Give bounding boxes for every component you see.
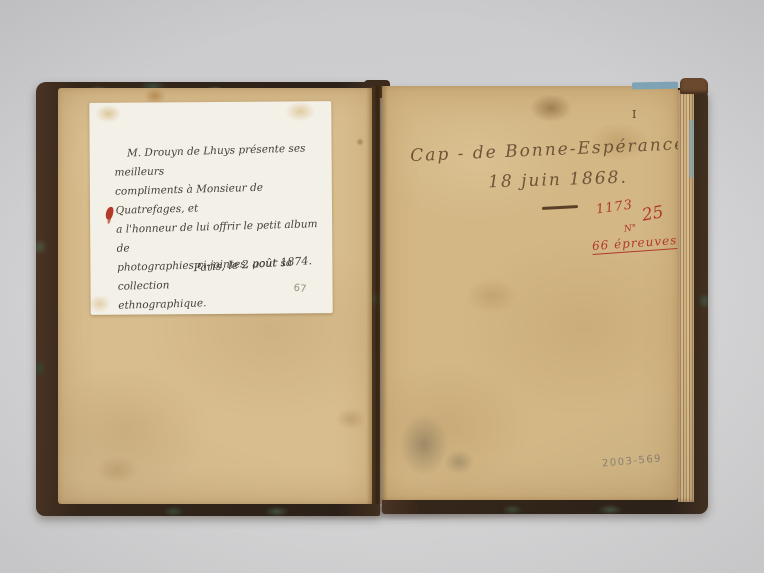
red-ink-blot <box>105 206 114 220</box>
album-book: M. Drouyn de Lhuys présente ses meilleur… <box>36 78 708 518</box>
dedication-text: M. Drouyn de Lhuys présente ses meilleur… <box>114 139 321 316</box>
foxing-stain <box>444 450 474 474</box>
foxing-stain <box>356 138 364 146</box>
card-stain <box>285 101 315 121</box>
dedication-line: compliments à Monsieur de Quatrefages, e… <box>115 177 318 221</box>
gutter-shadow <box>366 86 388 504</box>
card-stain <box>89 295 111 313</box>
foxing-stain <box>400 414 448 476</box>
foxing-stain <box>336 408 366 430</box>
foxing-stain <box>96 456 138 484</box>
worn-corner <box>680 78 708 94</box>
foxing-stain <box>466 278 518 314</box>
red-item-number: 25 <box>640 202 665 225</box>
foxing-stain <box>530 94 572 122</box>
dedication-line: a l'honneur de lui offrir le petit album… <box>116 215 319 259</box>
red-no-label: N° <box>624 223 637 234</box>
folio-numeral: I <box>632 108 636 121</box>
presentation-card: M. Drouyn de Lhuys présente ses meilleur… <box>89 101 332 315</box>
photo-scene: M. Drouyn de Lhuys présente ses meilleur… <box>0 0 764 573</box>
blue-paper-edge <box>632 82 678 90</box>
blue-paper-edge <box>689 120 694 178</box>
dedication-line: M. Drouyn de Lhuys présente ses meilleur… <box>114 139 317 183</box>
pencil-mark: 67 <box>293 283 307 296</box>
card-stain <box>95 105 121 123</box>
